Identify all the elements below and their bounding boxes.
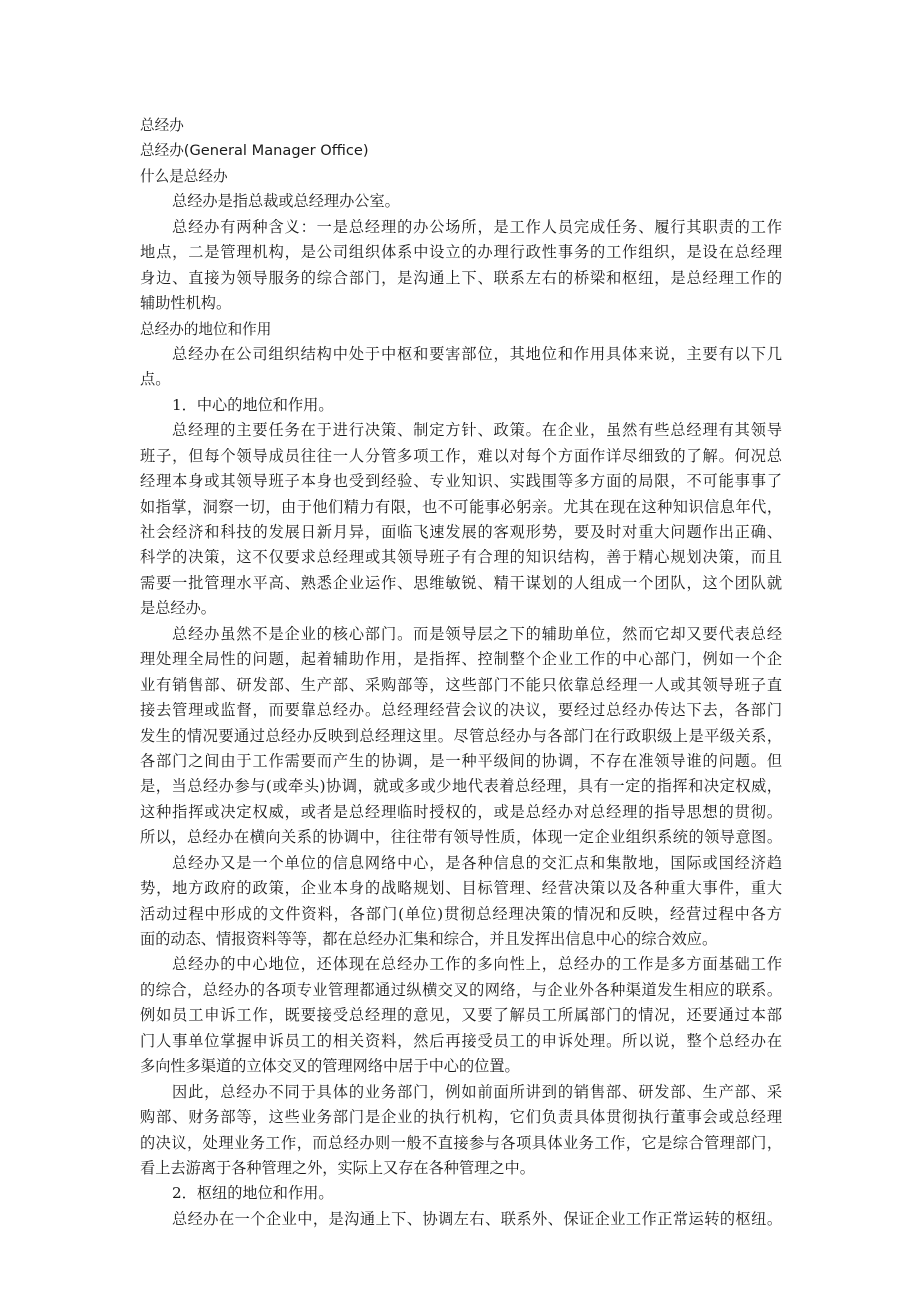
paragraph-line: 门人事单位掌握申诉员工的相关资料，然后再接受员工的申诉处理。所以说，整个总经办在 [140,1029,782,1054]
paragraph-line: 发生的情况要通过总经办反映到总经理这里。尽管总经办与各部门在行政职级上是平级关系… [140,724,782,749]
document-page: 总经办 总经办(General Manager Office) 什么是总经办 总… [140,113,782,1232]
section-body-what-is: 总经办是指总裁或总经理办公室。总经办有两种含义：一是总经理的办公场所，是工作人员… [140,189,782,316]
paragraph-line: 总经办有两种含义：一是总经理的办公场所，是工作人员完成任务、履行其职责的工作 [140,215,782,240]
paragraph-line: 2．枢纽的地位和作用。 [140,1181,782,1206]
document-subtitle: 总经办(General Manager Office) [140,138,782,163]
paragraph-line: 总经办是指总裁或总经理办公室。 [140,189,782,214]
paragraph-line: 如指掌，洞察一切，由于他们精力有限，也不可能事必躬亲。尤其在现在这种知识信息年代… [140,495,782,520]
paragraph-line: 势，地方政府的政策，企业本身的战略规划、目标管理、经营决策以及各种重大事件，重大 [140,876,782,901]
paragraph-line: 是总经办。 [140,596,782,621]
paragraph-line: 总经办的中心地位，还体现在总经办工作的多向性上，总经办的工作是多方面基础工作 [140,952,782,977]
paragraph-line: 社会经济和科技的发展日新月异，面临飞速发展的客观形势，要及时对重大问题作出正确、 [140,520,782,545]
paragraph-line: 因此，总经办不同于具体的业务部门，例如前面所讲到的销售部、研发部、生产部、采 [140,1080,782,1105]
paragraph-line: 购部、财务部等，这些业务部门是企业的执行机构，它们负责具体贯彻执行董事会或总经理 [140,1105,782,1130]
paragraph-line: 业有销售部、研发部、生产部、采购部等，这些部门不能只依靠总经理一人或其领导班子直 [140,673,782,698]
paragraph-line: 接去管理或监督，而要靠总经办。总经理经营会议的决议，要经过总经办传达下去，各部门 [140,698,782,723]
section-body-role: 总经办在公司组织结构中处于中枢和要害部位，其地位和作用具体来说，主要有以下几点。… [140,342,782,1232]
paragraph-line: 地点，二是管理机构，是公司组织体系中设立的办理行政性事务的工作组织，是设在总经理 [140,240,782,265]
paragraph-line: 总经办在公司组织结构中处于中枢和要害部位，其地位和作用具体来说，主要有以下几 [140,342,782,367]
paragraph-line: 经理本身或其领导班子本身也受到经验、专业知识、实践围等多方面的局限，不可能事事了 [140,469,782,494]
section-heading-what-is: 什么是总经办 [140,164,782,189]
paragraph-line: 理处理全局性的问题，起着辅助作用，是指挥、控制整个企业工作的中心部门，例如一个企 [140,647,782,672]
paragraph-line: 多向性多渠道的立体交叉的管理网络中居于中心的位置。 [140,1054,782,1079]
paragraph-line: 总经办又是一个单位的信息网络中心，是各种信息的交汇点和集散地，国际或国经济趋 [140,851,782,876]
paragraph-line: 所以，总经办在横向关系的协调中，往往带有领导性质，体现一定企业组织系统的领导意图… [140,825,782,850]
section-heading-role: 总经办的地位和作用 [140,317,782,342]
paragraph-line: 看上去游离于各种管理之外，实际上又存在各种管理之中。 [140,1156,782,1181]
paragraph-line: 总经办虽然不是企业的核心部门。而是领导层之下的辅助单位，然而它却又要代表总经 [140,622,782,647]
paragraph-line: 总经办在一个企业中，是沟通上下、协调左右、联系外、保证企业工作正常运转的枢纽。 [140,1207,782,1232]
paragraph-line: 活动过程中形成的文件资料，各部门(单位)贯彻总经理决策的情况和反映，经营过程中各… [140,902,782,927]
paragraph-line: 身边、直接为领导服务的综合部门，是沟通上下、联系左右的桥梁和枢纽，是总经理工作的 [140,266,782,291]
document-title: 总经办 [140,113,782,138]
paragraph-line: 面的动态、情报资料等等，都在总经办汇集和综合，并且发挥出信息中心的综合效应。 [140,927,782,952]
paragraph-line: 这种指挥或决定权威，或者是总经理临时授权的，或是总经办对总经理的指导思想的贯彻。 [140,800,782,825]
paragraph-line: 是，当总经办参与(或牵头)协调，就或多或少地代表着总经理，具有一定的指挥和决定权… [140,774,782,799]
paragraph-line: 各部门之间由于工作需要而产生的协调，是一种平级间的协调，不存在准领导谁的问题。但 [140,749,782,774]
paragraph-line: 科学的决策，这不仅要求总经理或其领导班子有合理的知识结构，善于精心规划决策，而且 [140,545,782,570]
paragraph-line: 辅助性机构。 [140,291,782,316]
paragraph-line: 总经理的主要任务在于进行决策、制定方针、政策。在企业，虽然有些总经理有其领导 [140,418,782,443]
paragraph-line: 的决议，处理业务工作，而总经办则一般不直接参与各项具体业务工作，它是综合管理部门… [140,1131,782,1156]
paragraph-line: 1．中心的地位和作用。 [140,393,782,418]
paragraph-line: 例如员工申诉工作，既要接受总经理的意见，又要了解员工所属部门的情况，还要通过本部 [140,1003,782,1028]
paragraph-line: 班子，但每个领导成员往往一人分管多项工作，难以对每个方面作详尽细致的了解。何况总 [140,444,782,469]
paragraph-line: 需要一批管理水平高、熟悉企业运作、思维敏锐、精干谋划的人组成一个团队，这个团队就 [140,571,782,596]
paragraph-line: 的综合，总经办的各项专业管理都通过纵横交叉的网络，与企业外各种渠道发生相应的联系… [140,978,782,1003]
paragraph-line: 点。 [140,367,782,392]
